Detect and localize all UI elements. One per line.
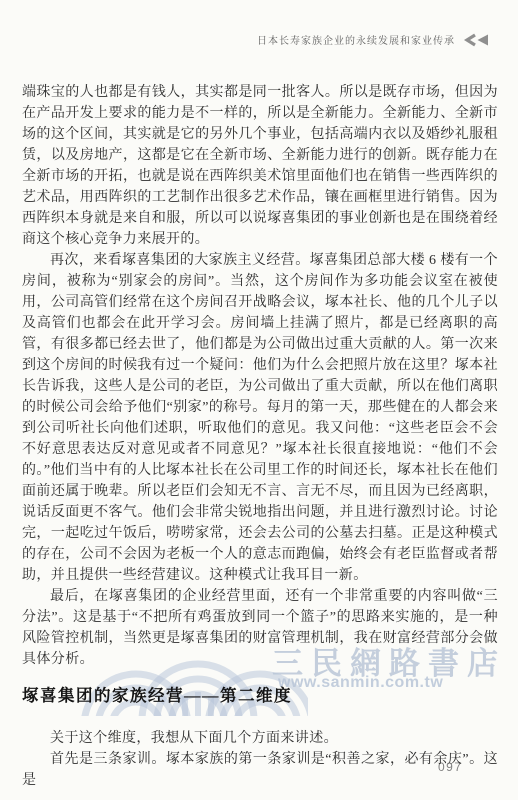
paragraph: 关于这个维度，我想从下面几个方面来讲述。 — [22, 728, 498, 749]
running-header: 日本长寿家族企业的永续发展和家业传承 — [257, 32, 490, 47]
paragraph: 最后，在塚喜集团的企业经营里面，还有一个非常重要的内容叫做“三分法”。这是基于“… — [22, 586, 498, 670]
page-body: 端珠宝的人也都是有钱人，其实都是同一批客人。所以是既存市场，但因为在产品开发上要… — [22, 82, 498, 791]
paragraph: 首先是三条家训。塚本家族的第一条家训是“积善之家，必有余庆”。这是 — [22, 749, 498, 791]
paragraph: 再次，来看塚喜集团的大家族主义经营。塚喜集团总部大楼 6 楼有一个房间，被称为“… — [22, 250, 498, 586]
running-header-title: 日本长寿家族企业的永续发展和家业传承 — [257, 32, 455, 47]
section-heading: 塚喜集团的家族经营——第二维度 — [22, 685, 498, 706]
book-page: 三民網路書店 www.sanmin.com.tw 日本长寿家族企业的永续发展和家… — [0, 0, 518, 800]
double-left-arrow-icon — [463, 33, 490, 47]
paragraph: 端珠宝的人也都是有钱人，其实都是同一批客人。所以是既存市场，但因为在产品开发上要… — [22, 82, 498, 250]
